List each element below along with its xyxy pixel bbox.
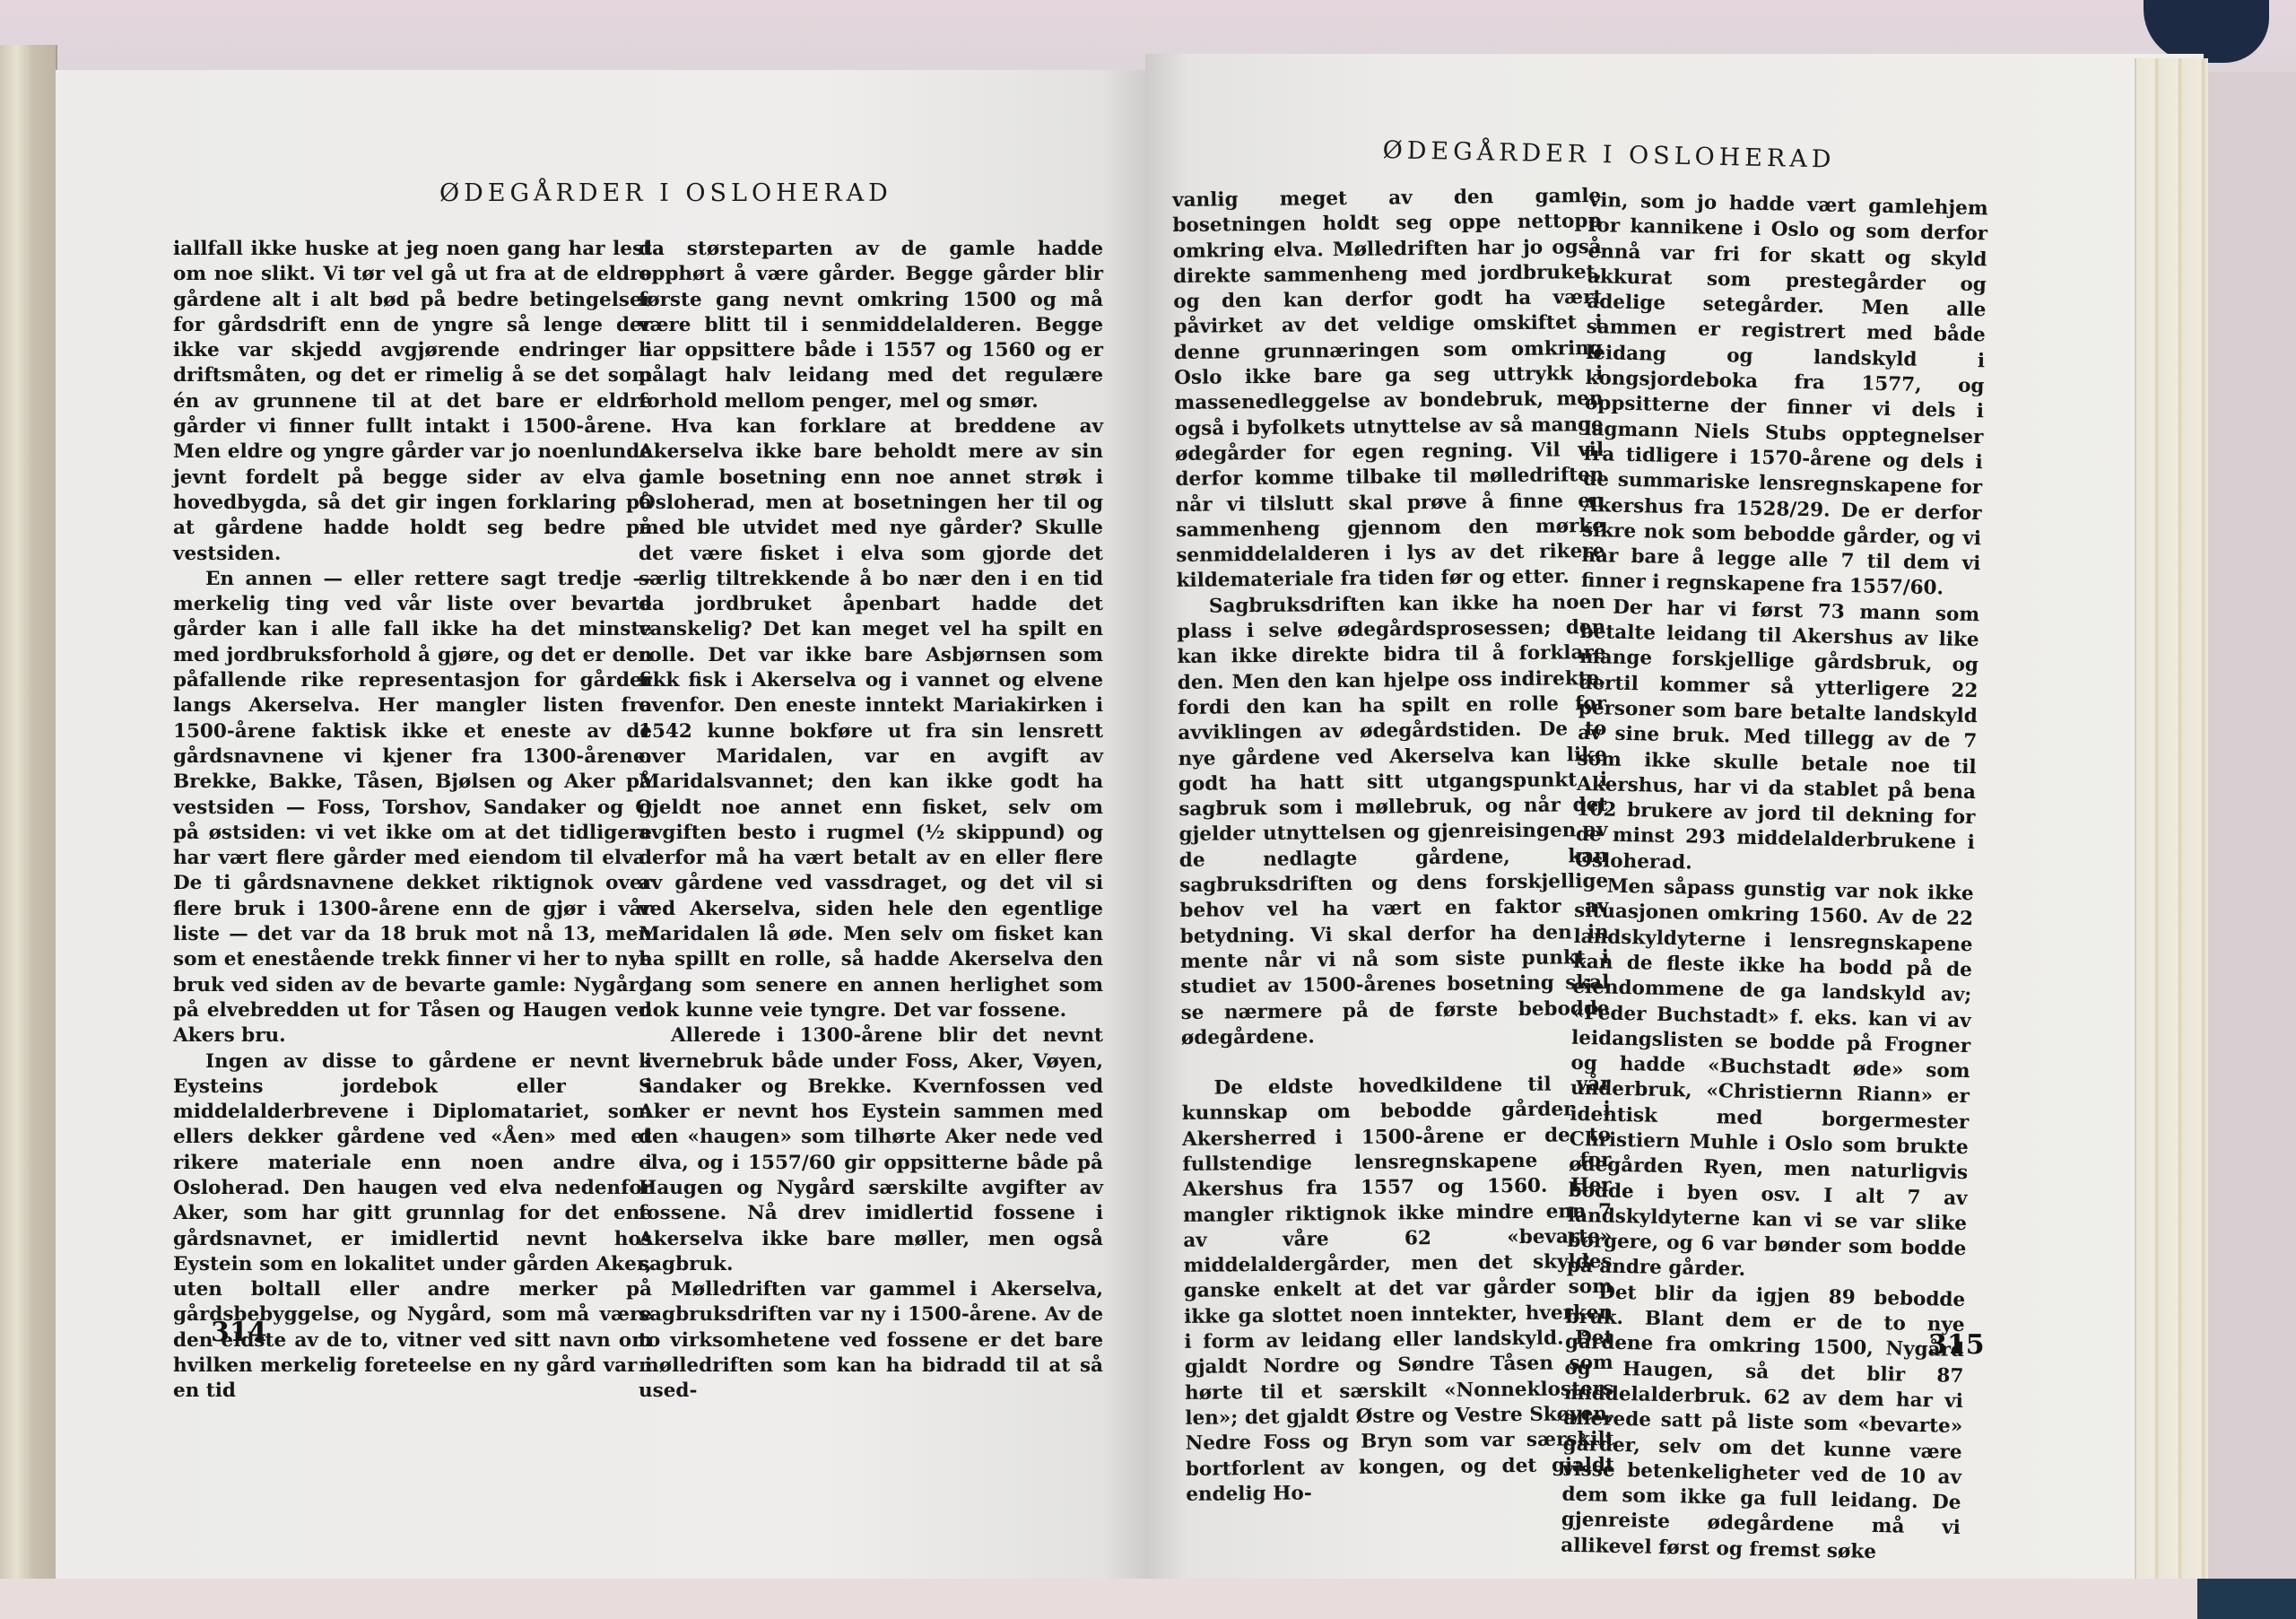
running-head-right: ØDEGÅRDER I OSLOHERAD bbox=[1382, 136, 1835, 174]
paragraph: iallfall ikke huske at jeg noen gang har… bbox=[173, 237, 652, 567]
left-page: ØDEGÅRDER I OSLOHERAD iallfall ikke husk… bbox=[56, 70, 1145, 1579]
book-page-edges-right bbox=[2135, 58, 2208, 1579]
left-page-column-1: iallfall ikke huske at jeg noen gang har… bbox=[173, 237, 652, 1405]
paragraph: da størsteparten av de gamle hadde opphø… bbox=[639, 237, 1103, 414]
dark-corner-bottom-right bbox=[2197, 1579, 2296, 1619]
paragraph: Men såpass gunstig var nok ikke situasjo… bbox=[1567, 874, 1974, 1288]
paragraph: Hva kan forklare at breddene av Akerselv… bbox=[639, 414, 1103, 1023]
paragraph: De eldste hovedkildene til vår kunnskap … bbox=[1181, 1072, 1614, 1508]
left-page-column-2: da størsteparten av de gamle hadde opphø… bbox=[639, 237, 1103, 1405]
paragraph: Ingen av disse to gårdene er nevnt i Eys… bbox=[173, 1049, 652, 1405]
paragraph: Der har vi først 73 mann som betalte lei… bbox=[1575, 595, 1979, 883]
page-number-right: 315 bbox=[1928, 1329, 1985, 1361]
book-left-edge bbox=[0, 45, 57, 1579]
background-bottom bbox=[0, 1579, 2296, 1619]
paragraph: En annen — eller rettere sagt tredje — m… bbox=[173, 567, 652, 1049]
paragraph: vanlig meget av den gamle bosetningen ho… bbox=[1172, 184, 1605, 595]
paragraph: Det blir da igjen 89 bebodde bruk. Blant… bbox=[1561, 1279, 1965, 1567]
right-page-column-2: vin, som jo hadde vært gamlehjem for kan… bbox=[1561, 188, 1988, 1567]
running-head-left: ØDEGÅRDER I OSLOHERAD bbox=[439, 179, 892, 207]
paragraph: Mølledriften var gammel i Akerselva, sag… bbox=[639, 1277, 1103, 1404]
right-page-column-1: vanlig meget av den gamle bosetningen ho… bbox=[1172, 184, 1614, 1508]
paragraph: vin, som jo hadde vært gamlehjem for kan… bbox=[1581, 188, 1988, 603]
paragraph: Allerede i 1300-årene blir det nevnt kve… bbox=[639, 1023, 1103, 1277]
page-number-left: 314 bbox=[211, 1317, 267, 1348]
paragraph: Sagbruksdriften kan ikke ha noen plass i… bbox=[1177, 590, 1610, 1051]
right-page: ØDEGÅRDER I OSLOHERAD vanlig meget av de… bbox=[1145, 54, 2204, 1579]
